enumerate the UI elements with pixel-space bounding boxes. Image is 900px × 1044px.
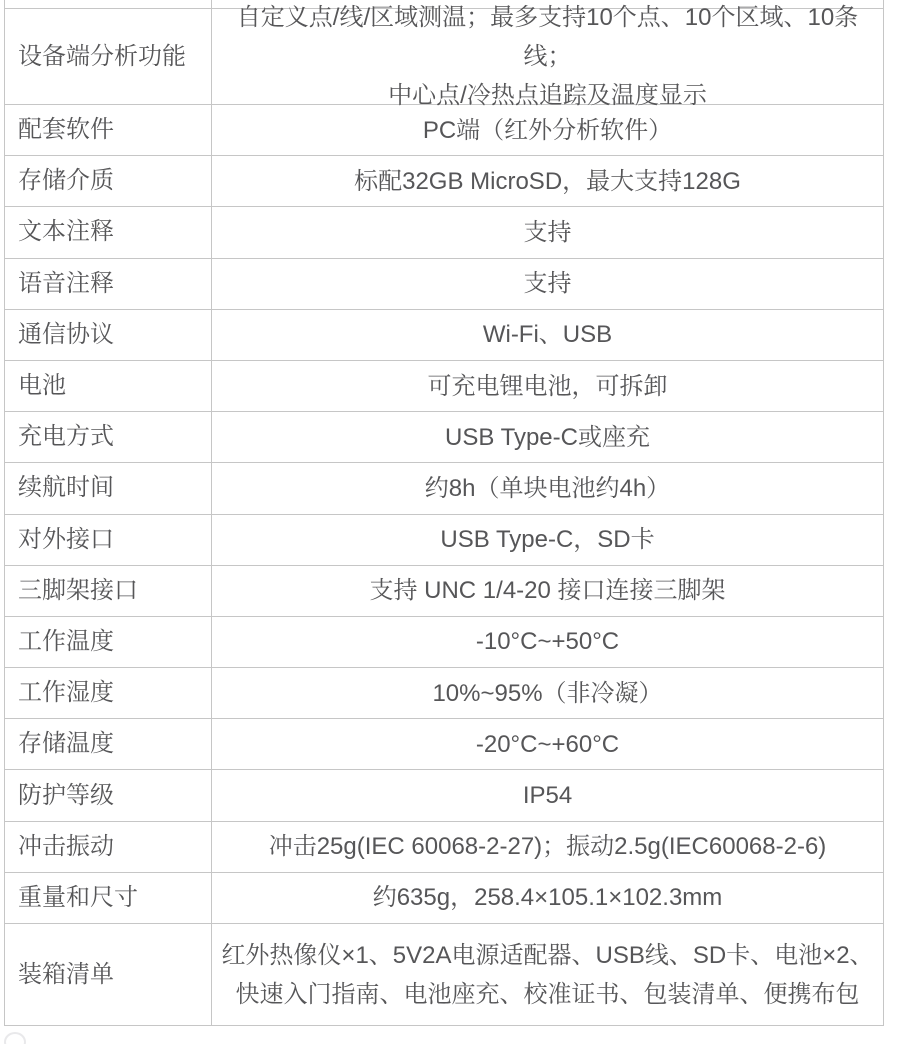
row-value: 自定义点/线/区域测温；最多支持10个点、10个区域、10条线； 中心点/冷热点… [212, 9, 883, 104]
table-row: 续航时间 约8h（单块电池约4h） [5, 462, 883, 513]
row-label: 对外接口 [5, 515, 212, 565]
row-label [5, 0, 212, 8]
table-row: 配套软件 PC端（红外分析软件） [5, 104, 883, 155]
row-value: 标配32GB MicroSD，最大支持128G [212, 156, 883, 206]
row-label: 语音注释 [5, 259, 212, 309]
row-value: 支持 [212, 259, 883, 309]
table-row: 防护等级 IP54 [5, 769, 883, 820]
row-value: 约635g，258.4×105.1×102.3mm [212, 873, 883, 923]
row-value: 支持 UNC 1/4-20 接口连接三脚架 [212, 566, 883, 616]
row-value: 红外热像仪×1、5V2A电源适配器、USB线、SD卡、电池×2、 快速入门指南、… [212, 924, 883, 1025]
row-value: USB Type-C，SD卡 [212, 515, 883, 565]
table-row: 冲击振动 冲击25g(IEC 60068-2-27)；振动2.5g(IEC600… [5, 821, 883, 872]
row-value: 可充电锂电池，可拆卸 [212, 361, 883, 411]
table-row: 存储介质 标配32GB MicroSD，最大支持128G [5, 155, 883, 206]
table-row: 语音注释 支持 [5, 258, 883, 309]
table-row: 工作温度 -10°C~+50°C [5, 616, 883, 667]
table-row: 通信协议 Wi-Fi、USB [5, 309, 883, 360]
row-label: 冲击振动 [5, 822, 212, 872]
spec-sheet-page: 设备端分析功能 自定义点/线/区域测温；最多支持10个点、10个区域、10条线；… [0, 0, 900, 1044]
row-label: 文本注释 [5, 207, 212, 257]
table-row: 文本注释 支持 [5, 206, 883, 257]
row-label: 工作湿度 [5, 668, 212, 718]
row-label: 电池 [5, 361, 212, 411]
row-label: 重量和尺寸 [5, 873, 212, 923]
table-row: 设备端分析功能 自定义点/线/区域测温；最多支持10个点、10个区域、10条线；… [5, 8, 883, 104]
row-value: -20°C~+60°C [212, 719, 883, 769]
table-row: 工作湿度 10%~95%（非冷凝） [5, 667, 883, 718]
row-value: USB Type-C或座充 [212, 412, 883, 462]
table-row: 重量和尺寸 约635g，258.4×105.1×102.3mm [5, 872, 883, 923]
row-value: Wi-Fi、USB [212, 310, 883, 360]
row-label: 充电方式 [5, 412, 212, 462]
row-label: 设备端分析功能 [5, 9, 212, 104]
row-label: 存储介质 [5, 156, 212, 206]
table-row: 对外接口 USB Type-C，SD卡 [5, 514, 883, 565]
row-label: 续航时间 [5, 463, 212, 513]
row-value: PC端（红外分析软件） [212, 105, 883, 155]
row-label: 存储温度 [5, 719, 212, 769]
cutoff-floating-widget [4, 1032, 26, 1044]
row-value: IP54 [212, 770, 883, 820]
table-row: 装箱清单 红外热像仪×1、5V2A电源适配器、USB线、SD卡、电池×2、 快速… [5, 923, 883, 1026]
table-row: 三脚架接口 支持 UNC 1/4-20 接口连接三脚架 [5, 565, 883, 616]
row-value: 支持 [212, 207, 883, 257]
row-label: 装箱清单 [5, 924, 212, 1025]
row-label: 通信协议 [5, 310, 212, 360]
row-label: 防护等级 [5, 770, 212, 820]
row-value: 约8h（单块电池约4h） [212, 463, 883, 513]
spec-table: 设备端分析功能 自定义点/线/区域测温；最多支持10个点、10个区域、10条线；… [4, 0, 884, 1026]
table-row: 充电方式 USB Type-C或座充 [5, 411, 883, 462]
row-value: 冲击25g(IEC 60068-2-27)；振动2.5g(IEC60068-2-… [212, 822, 883, 872]
row-label: 配套软件 [5, 105, 212, 155]
row-value: 10%~95%（非冷凝） [212, 668, 883, 718]
table-row: 电池 可充电锂电池，可拆卸 [5, 360, 883, 411]
table-row: 存储温度 -20°C~+60°C [5, 718, 883, 769]
row-label: 三脚架接口 [5, 566, 212, 616]
row-value: -10°C~+50°C [212, 617, 883, 667]
row-label: 工作温度 [5, 617, 212, 667]
